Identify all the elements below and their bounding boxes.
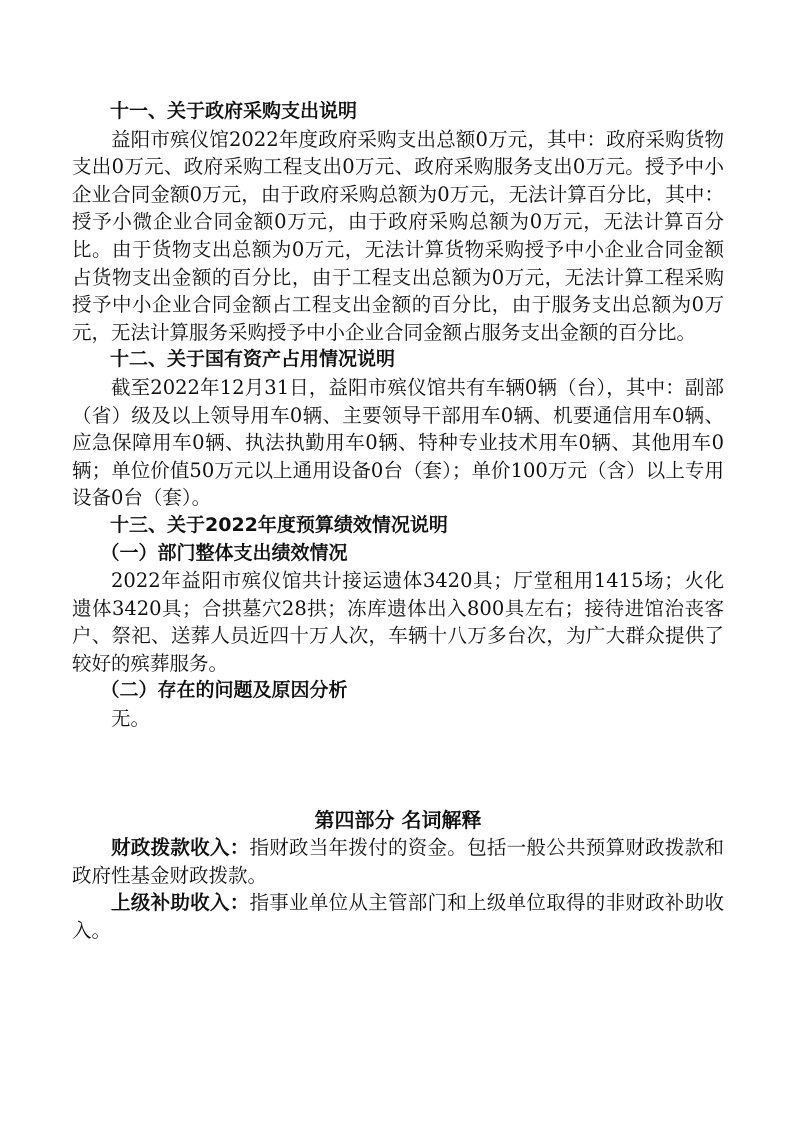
section-13-sub1-body: 2022年益阳市殡仪馆共计接运遗体3420具；厅堂租用1415场；火化遗体342… [72, 567, 724, 677]
term-definition-1: 财政拨款收入：指财政当年拨付的资金。包括一般公共预算财政拨款和政府性基金财政拨款… [72, 834, 724, 889]
term-definition-2: 上级补助收入：指事业单位从主管部门和上级单位取得的非财政补助收入。 [72, 889, 724, 944]
section-12-body: 截至2022年12月31日，益阳市殡仪馆共有车辆0辆（台），其中：副部（省）级及… [72, 374, 724, 512]
section-11-heading: 十一、关于政府采购支出说明 [72, 98, 724, 126]
section-12-heading: 十二、关于国有资产占用情况说明 [72, 346, 724, 374]
section-13-sub2-heading: （二）存在的问题及原因分析 [72, 677, 724, 705]
document-page: 十一、关于政府采购支出说明 益阳市殡仪馆2022年度政府采购支出总额0万元，其中… [72, 98, 724, 945]
section-11-body: 益阳市殡仪馆2022年度政府采购支出总额0万元，其中：政府采购货物支出0万元、政… [72, 126, 724, 347]
section-spacer [72, 733, 724, 807]
term-label: 财政拨款收入： [111, 836, 249, 859]
term-label: 上级补助收入： [111, 891, 249, 914]
section-13-sub1-heading: （一）部门整体支出绩效情况 [72, 540, 724, 568]
section-13-heading: 十三、关于2022年度预算绩效情况说明 [72, 512, 724, 540]
part4-title: 第四部分 名词解释 [72, 807, 724, 835]
section-13-sub2-body: 无。 [72, 705, 724, 733]
